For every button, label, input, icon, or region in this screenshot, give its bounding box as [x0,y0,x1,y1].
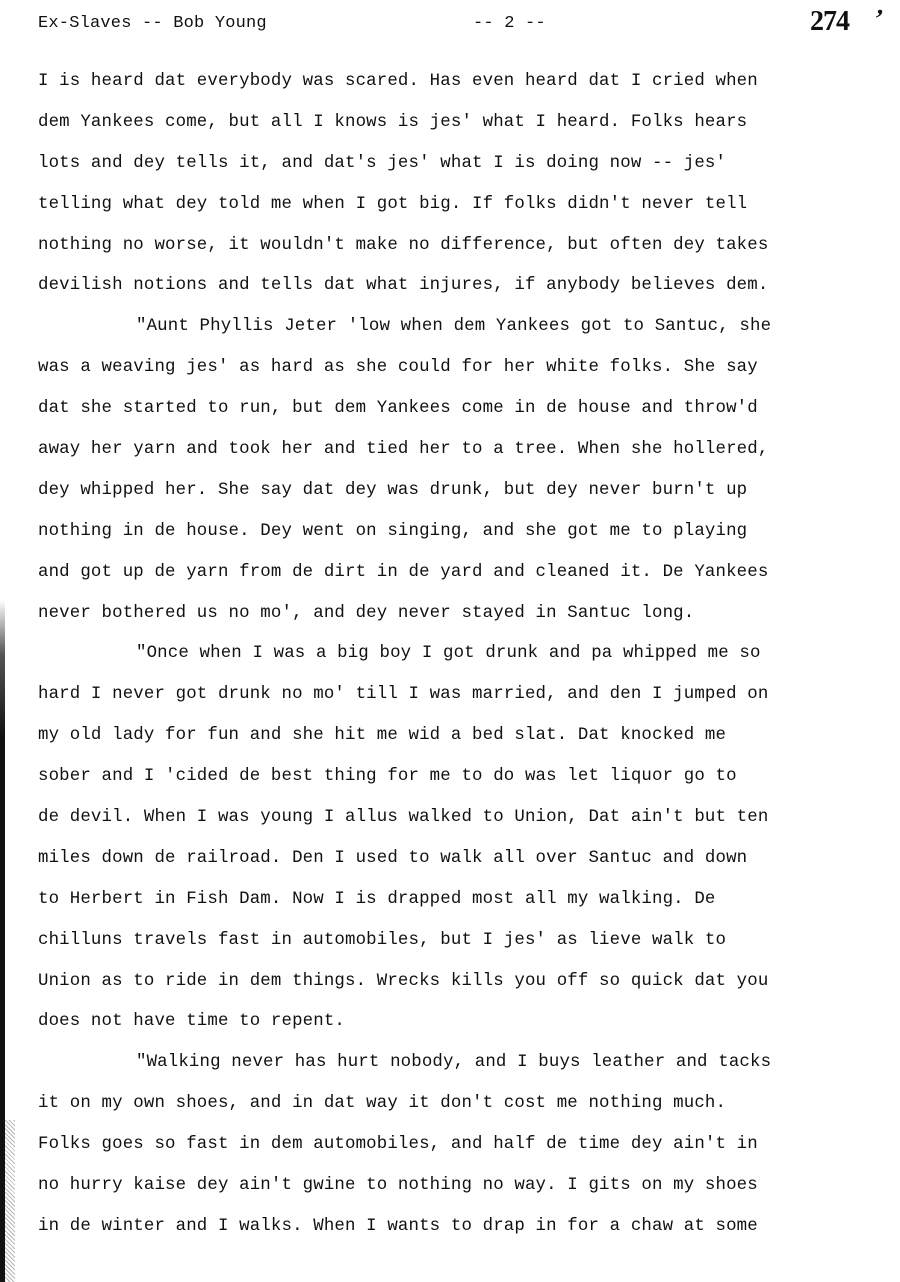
text-line: it on my own shoes, and in dat way it do… [38,1084,878,1125]
text-line: dey whipped her. She say dat dey was dru… [38,471,878,512]
text-line: no hurry kaise dey ain't gwine to nothin… [38,1166,878,1207]
text-line: to Herbert in Fish Dam. Now I is drapped… [38,880,878,921]
page-marker: -- 2 -- [473,14,546,33]
text-line: sober and I 'cided de best thing for me … [38,757,878,798]
text-line: never bothered us no mo', and dey never … [38,594,878,635]
text-line: my old lady for fun and she hit me wid a… [38,716,878,757]
scan-speckle [5,1120,15,1282]
page-header: Ex-Slaves -- Bob Young -- 2 -- 274 ’ [38,14,900,44]
text-line: lots and dey tells it, and dat's jes' wh… [38,144,878,185]
text-line: Folks goes so fast in dem automobiles, a… [38,1125,878,1166]
text-line: dem Yankees come, but all I knows is jes… [38,103,878,144]
text-line: I is heard dat everybody was scared. Has… [38,62,878,103]
text-line: telling what dey told me when I got big.… [38,185,878,226]
text-line: dat she started to run, but dem Yankees … [38,389,878,430]
paragraph-start-line: "Once when I was a big boy I got drunk a… [38,634,878,675]
text-line: devilish notions and tells dat what inju… [38,266,878,307]
transcript-body: I is heard dat everybody was scared. Has… [38,62,878,1248]
folio-number: 274 [810,6,849,38]
text-line: Union as to ride in dem things. Wrecks k… [38,962,878,1003]
folio-check-mark: ’ [871,4,886,34]
running-title: Ex-Slaves -- Bob Young [38,14,267,33]
text-line: miles down de railroad. Den I used to wa… [38,839,878,880]
paragraph-start-line: "Walking never has hurt nobody, and I bu… [38,1043,878,1084]
text-line: nothing in de house. Dey went on singing… [38,512,878,553]
text-line: chilluns travels fast in automobiles, bu… [38,921,878,962]
text-line: hard I never got drunk no mo' till I was… [38,675,878,716]
text-line: nothing no worse, it wouldn't make no di… [38,226,878,267]
text-line: does not have time to repent. [38,1002,878,1043]
text-line: and got up de yarn from de dirt in de ya… [38,553,878,594]
text-line: in de winter and I walks. When I wants t… [38,1207,878,1248]
text-line: was a weaving jes' as hard as she could … [38,348,878,389]
text-line: away her yarn and took her and tied her … [38,430,878,471]
document-page: Ex-Slaves -- Bob Young -- 2 -- 274 ’ I i… [0,0,900,1282]
text-line: de devil. When I was young I allus walke… [38,798,878,839]
paragraph-start-line: "Aunt Phyllis Jeter 'low when dem Yankee… [38,307,878,348]
